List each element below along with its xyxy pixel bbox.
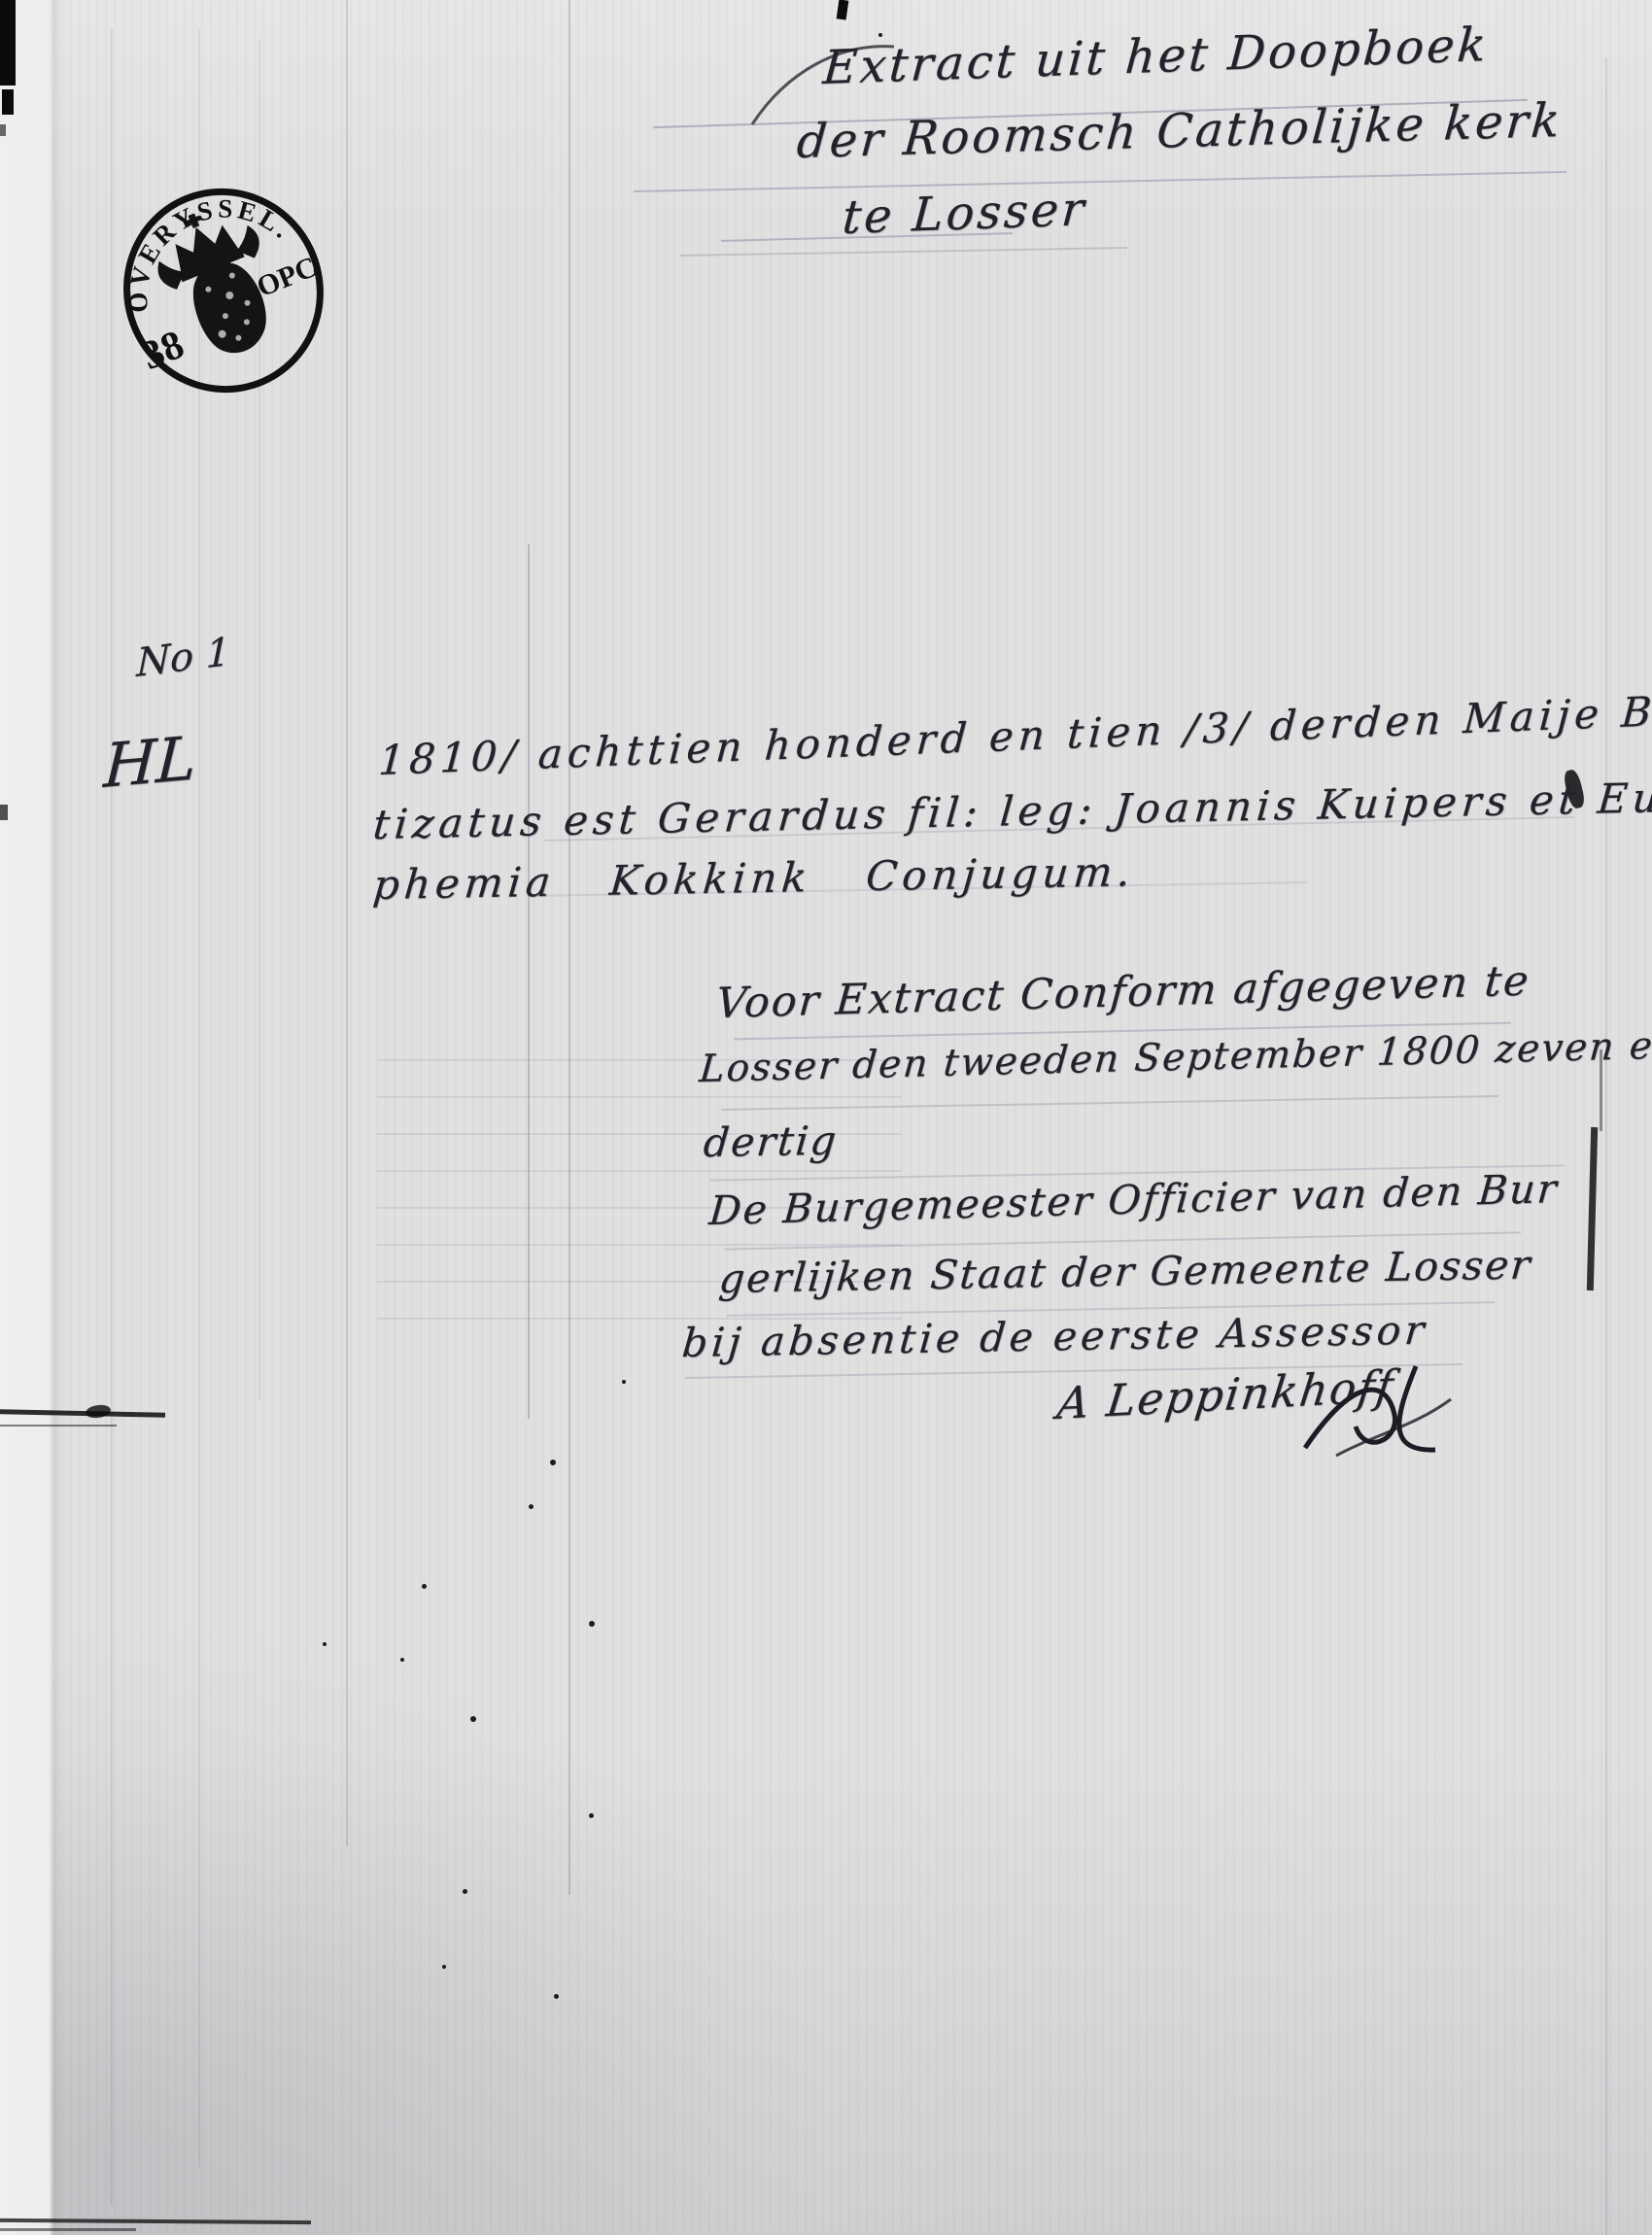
ink-dot [400,1658,404,1662]
scan-artifact [837,0,849,20]
crease-artifact [0,1409,165,1418]
fold-line [346,0,348,1846]
fold-line [111,29,113,2206]
fold-line [1605,58,1607,2235]
signature-flourish [1297,1358,1458,1470]
ledger-line [377,1170,902,1172]
ink-dot [589,1813,594,1818]
closing-line-6: bij absentie de eerste Assessor [680,1307,1429,1366]
scan-artifact [0,124,6,136]
stamp-right-code: OPC [253,251,322,303]
ink-dot [550,1460,556,1465]
baseline-stroke [680,247,1127,257]
margin-initials: HL [102,722,198,802]
baseline-stroke [634,171,1566,192]
ledger-line [377,1096,902,1098]
ink-dot [442,1965,446,1969]
crease-artifact [85,1403,112,1419]
closing-line-5: gerlijken Staat der Gemeente Losser [717,1241,1533,1302]
fold-line [568,0,570,1895]
body-line-2: tizatus est Gerardus fil: leg: Joannis K… [371,774,1652,848]
closing-line-3: dertig [702,1117,840,1166]
ruled-line-vertical [528,544,530,1419]
document-scan: OVERYSSEL. 38 OPC Extract uit het Doopbo… [0,0,1652,2235]
ink-dot [529,1504,533,1509]
header-line-1: Extract uit het Doopboek [821,17,1491,95]
ink-dot [554,1994,559,1999]
ink-dot [422,1584,427,1589]
scan-artifact [0,2218,311,2224]
ink-dot [470,1716,476,1722]
scan-artifact [2,89,14,115]
closing-line-2: Losser den tweeden September 1800 zeven … [698,1023,1652,1091]
header-line-2: der Roomsch Catholijke kerk [795,93,1565,169]
margin-number: No 1 [136,630,230,686]
ink-dot [622,1380,626,1384]
crease-artifact [0,1425,117,1427]
official-stamp: OVERYSSEL. 38 OPC [119,183,328,398]
stamp-left-number: 38 [136,323,190,379]
scan-artifact [1587,1127,1598,1290]
body-line-3: phemia Kokkink Conjugum. [371,847,1137,909]
ink-dot [589,1621,595,1627]
scan-artifact [0,0,16,86]
scan-artifact [0,2228,136,2231]
closing-line-4: De Burgemeester Officier van den Bur [707,1165,1560,1234]
closing-line-1: Voor Extract Conform afgegeven te [714,956,1532,1028]
ink-dot [878,33,882,37]
ink-dot [323,1642,327,1646]
scan-artifact [0,805,8,820]
ink-dot [463,1889,467,1894]
